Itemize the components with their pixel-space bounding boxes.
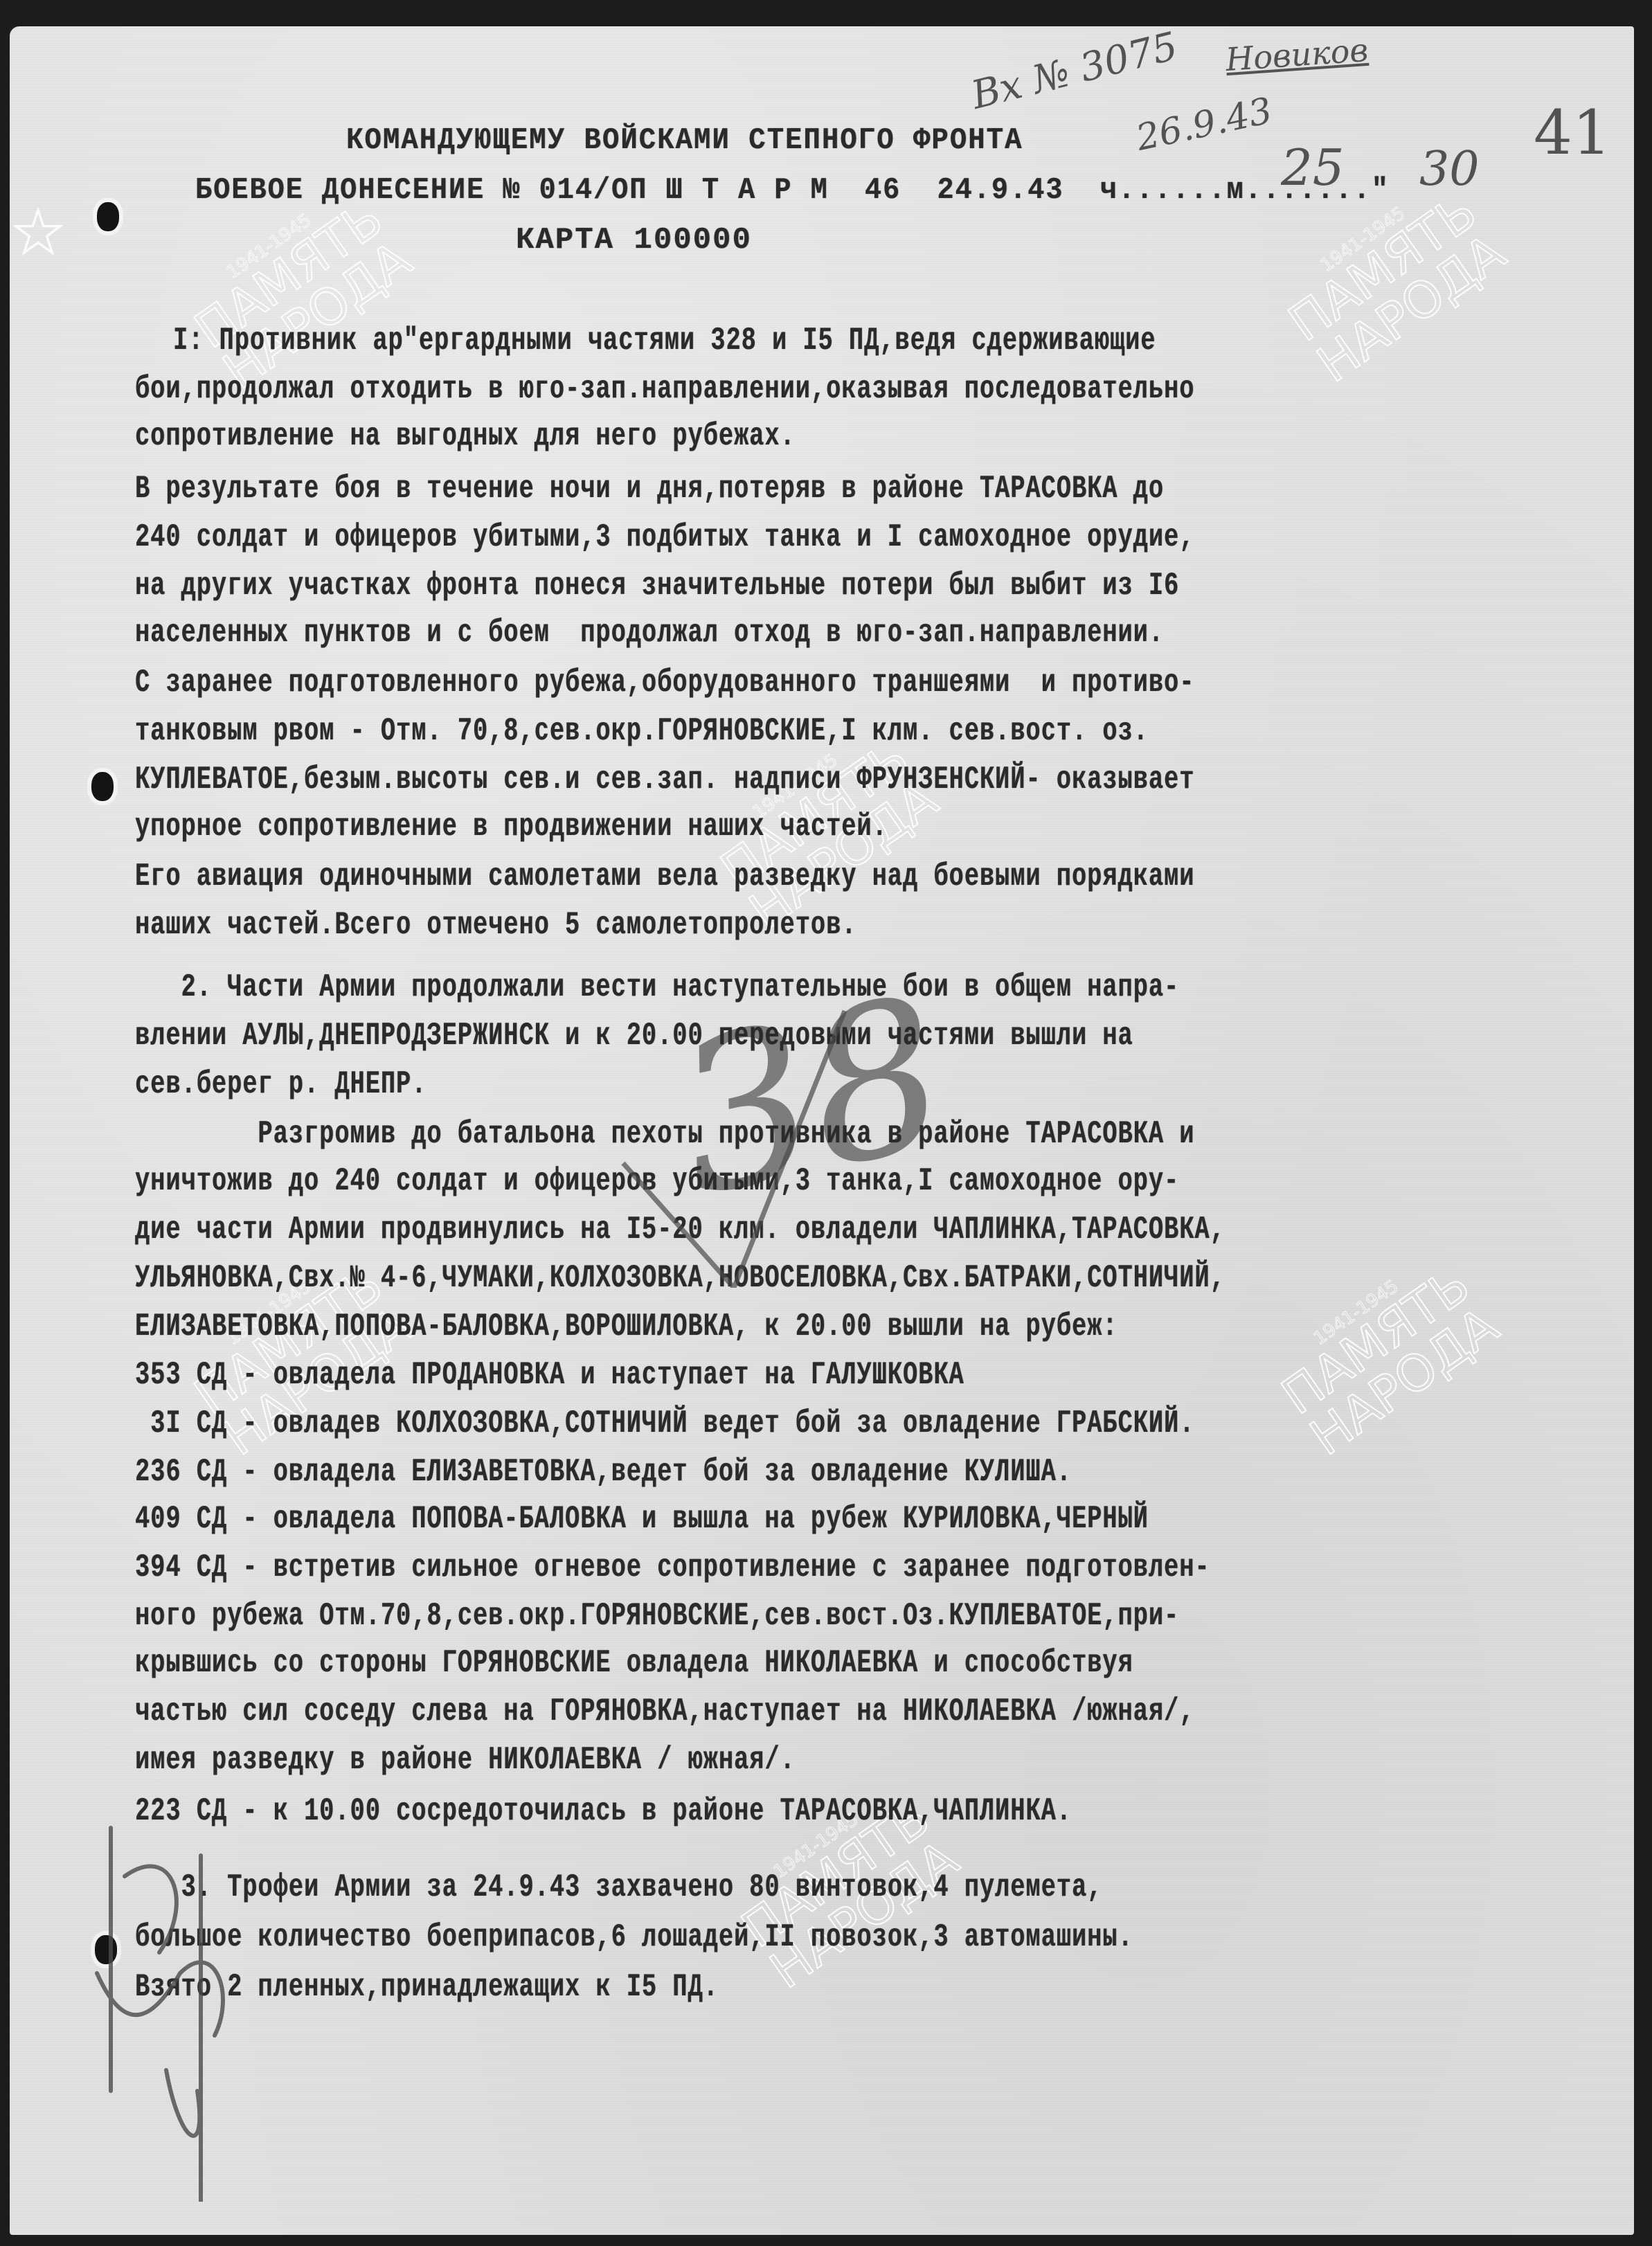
report-line: I: Противник ар"ергардными частями 328 и…: [173, 323, 1156, 359]
report-line: 353 СД - овладела ПРОДАНОВКА и наступает…: [135, 1357, 964, 1393]
punch-hole: [97, 202, 119, 231]
report-line: КУПЛЕВАТОЕ,безым.высоты сев.и сев.зап. н…: [135, 762, 1194, 798]
addressee-heading: КОМАНДУЮЩЕМУ ВОЙСКАМИ СТЕПНОГО ФРОНТА: [346, 123, 1023, 158]
report-line: танковым рвом - Отм. 70,8,сев.окр.ГОРЯНО…: [135, 713, 1149, 749]
punch-hole: [91, 772, 114, 801]
report-line: С заранее подготовленного рубежа,оборудо…: [135, 665, 1194, 701]
report-line: 394 СД - встретив сильное огневое сопрот…: [135, 1549, 1210, 1585]
margin-check-mark: [595, 997, 872, 1288]
report-line: В результате боя в течение ночи и дня,по…: [135, 471, 1164, 507]
report-line: населенных пунктов и с боем продолжал от…: [135, 615, 1164, 651]
report-line: наших частей.Всего отмечено 5 самолетопр…: [135, 907, 856, 943]
time-minute: 30: [1419, 142, 1480, 197]
report-line: ного рубежа Отм.70,8,сев.окр.ГОРЯНОВСКИЕ…: [135, 1598, 1179, 1634]
report-line: 409 СД - овладела ПОПОВА-БАЛОВКА и вышла…: [135, 1501, 1149, 1537]
report-line: сопротивление на выгодных для него рубеж…: [135, 418, 796, 454]
report-line: 236 СД - овладела ЕЛИЗАВЕТОВКА,ведет бой…: [135, 1454, 1072, 1490]
report-line: 3I СД - овладев КОЛХОЗОВКА,СОТНИЧИЙ веде…: [135, 1405, 1194, 1441]
page-number: 41: [1534, 97, 1611, 168]
time-hour: 25: [1281, 138, 1345, 197]
report-line: на других участках фронта понеся значите…: [135, 568, 1179, 604]
report-line: ЕЛИЗАВЕТОВКА,ПОПОВА-БАЛОВКА,ВОРОШИЛОВКА,…: [135, 1309, 1117, 1345]
report-line: 240 солдат и офицеров убитыми,3 подбитых…: [135, 519, 1194, 555]
report-line: упорное сопротивление в продвижении наши…: [135, 809, 888, 845]
report-line: Его авиация одиночными самолетами вела р…: [135, 859, 1194, 895]
report-number-line: БОЕВОЕ ДОНЕСЕНИЕ № 014/ОП Ш Т А Р М 46 2…: [195, 173, 1390, 208]
report-line: крывшись со стороны ГОРЯНОВСКИЕ овладела…: [135, 1645, 1133, 1681]
report-line: имея разведку в районе НИКОЛАЕВКА / южна…: [135, 1742, 796, 1778]
report-line: частью сил соседу слева на ГОРЯНОВКА,нас…: [135, 1694, 1194, 1730]
margin-signature: [76, 1814, 305, 2202]
report-line: сев.берег р. ДНЕПР.: [135, 1066, 427, 1102]
map-scale: КАРТА 100000: [516, 223, 752, 258]
report-line: бои,продолжал отходить в юго-зап.направл…: [135, 371, 1194, 407]
